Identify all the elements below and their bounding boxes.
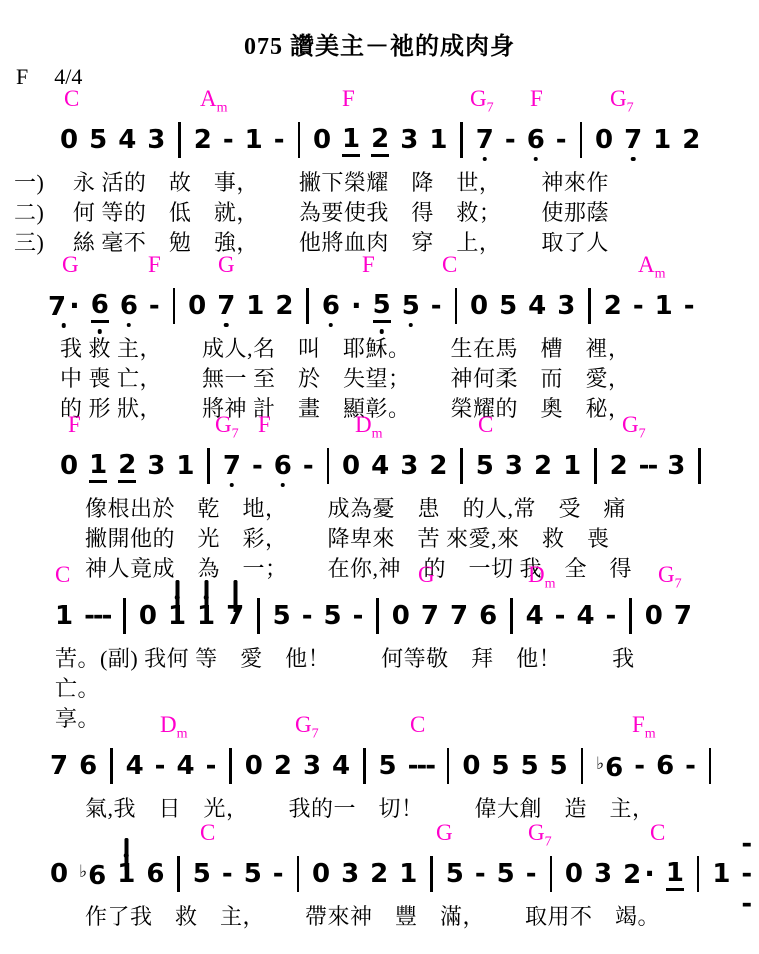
note-glyph: 7 bbox=[624, 125, 642, 155]
note-glyph: 7· bbox=[48, 291, 80, 322]
note: 4 bbox=[118, 125, 136, 155]
note-glyph: 1 bbox=[55, 601, 73, 631]
chord-label: C bbox=[650, 820, 665, 846]
note: 5 bbox=[193, 859, 211, 889]
note: 0 bbox=[188, 291, 206, 321]
note-glyph: 0 bbox=[565, 859, 583, 889]
note: 6 bbox=[274, 451, 292, 481]
dash: - bbox=[155, 751, 166, 781]
note: 0 bbox=[342, 451, 360, 481]
dash: - bbox=[303, 451, 314, 481]
lyrics-row: 中 喪 亡， 無一 至 於 失望； 神何柔 而 愛， bbox=[60, 364, 759, 394]
note-glyph: 1 bbox=[655, 291, 673, 321]
note-glyph: 3 bbox=[341, 859, 359, 889]
note-glyph: 5 bbox=[491, 751, 509, 781]
note-glyph: 7 bbox=[217, 291, 235, 321]
barline bbox=[460, 448, 462, 484]
note-glyph: 0 bbox=[470, 291, 488, 321]
notes-row: 05432-1-012317-6-0712 bbox=[0, 116, 759, 164]
barline bbox=[460, 122, 462, 158]
dash: - bbox=[684, 291, 695, 321]
chord-row: GFGFCAm bbox=[0, 252, 759, 282]
music-system: GFGFCAm7·66-07126·55-05432-1-我 救 主， 成人,名… bbox=[0, 252, 759, 424]
note-glyph: 0 bbox=[245, 751, 263, 781]
note-glyph: 0 bbox=[595, 125, 613, 155]
duration-dot: · bbox=[644, 857, 655, 890]
barline bbox=[229, 748, 231, 784]
barline bbox=[298, 122, 300, 158]
note: 7 bbox=[450, 601, 468, 631]
note: 7 bbox=[217, 291, 235, 321]
chord-label: G bbox=[62, 252, 79, 278]
note: 0 bbox=[50, 859, 68, 889]
note: 5 bbox=[521, 751, 539, 781]
note-glyph: 2 bbox=[610, 451, 628, 481]
dash: -- bbox=[639, 451, 657, 481]
note-glyph: 1 bbox=[653, 125, 671, 155]
note-glyph: 5 bbox=[499, 291, 517, 321]
chord-label: G7 bbox=[658, 562, 682, 588]
chord-label: G7 bbox=[215, 412, 239, 438]
note-glyph: 3 bbox=[400, 125, 418, 155]
low-octave-dot bbox=[230, 483, 235, 488]
note: 4 bbox=[576, 601, 594, 631]
dash: - bbox=[431, 291, 442, 321]
music-systems: CAmFG7FG705432-1-012317-6-0712一) 永 活的 故 … bbox=[0, 0, 759, 954]
note-glyph: 4 bbox=[576, 601, 594, 631]
note: 1 bbox=[399, 859, 417, 889]
note-glyph: 2 bbox=[194, 125, 212, 155]
note: 0 bbox=[645, 601, 663, 631]
note-glyph: 6 bbox=[322, 291, 340, 321]
note-glyph: 2 bbox=[274, 751, 292, 781]
note-glyph: 6 bbox=[656, 751, 674, 781]
note: 2· bbox=[623, 859, 655, 890]
note: 2 bbox=[118, 450, 136, 483]
dash: - bbox=[685, 751, 696, 781]
barline bbox=[327, 448, 329, 484]
note-glyph: 0 bbox=[645, 601, 663, 631]
note: 4 bbox=[332, 751, 350, 781]
duration-dot: · bbox=[69, 289, 80, 322]
low-octave-dot bbox=[62, 323, 67, 328]
note: 5 bbox=[379, 751, 397, 781]
note-glyph: 4 bbox=[528, 291, 546, 321]
note: 4 bbox=[526, 601, 544, 631]
note: 7 bbox=[50, 751, 68, 781]
note: 2 bbox=[429, 451, 447, 481]
note: 5 bbox=[476, 451, 494, 481]
note-glyph: 0 bbox=[462, 751, 480, 781]
note: 0 bbox=[565, 859, 583, 889]
notes-row: 0♭6165-5-03215-5-032·11--- bbox=[0, 850, 759, 898]
note-glyph: 4 bbox=[118, 125, 136, 155]
note-glyph: 1 bbox=[563, 451, 581, 481]
note-glyph: 0 bbox=[313, 125, 331, 155]
note-glyph: 1 bbox=[666, 858, 684, 891]
dash: - bbox=[274, 125, 285, 155]
note: 7 bbox=[624, 125, 642, 155]
low-octave-dot bbox=[631, 157, 636, 162]
note: 6 bbox=[146, 859, 164, 889]
music-system: CGDmG71---01175-5-07764-4-07苦。(副) 我何 等 愛… bbox=[0, 562, 759, 734]
note-glyph: 7 bbox=[674, 601, 692, 631]
chord-label: C bbox=[478, 412, 493, 438]
note-glyph: 5 bbox=[497, 859, 515, 889]
lyrics-row: 作了我 救 主， 帶來神 豐 滿， 取用不 竭。 bbox=[85, 902, 759, 932]
note: 5 bbox=[324, 601, 342, 631]
barline bbox=[297, 856, 299, 892]
note-glyph: 1 bbox=[245, 125, 263, 155]
chord-label: Dm bbox=[160, 712, 188, 738]
lyrics-block: 作了我 救 主， 帶來神 豐 滿， 取用不 竭。 bbox=[0, 902, 759, 932]
dash: - bbox=[555, 601, 566, 631]
chord-label: G7 bbox=[295, 712, 319, 738]
note: 5 bbox=[373, 290, 391, 323]
note: 2 bbox=[534, 451, 552, 481]
note: 1 bbox=[666, 858, 684, 891]
note: 2 bbox=[371, 124, 389, 157]
note: 2 bbox=[274, 751, 292, 781]
note: 7 bbox=[674, 601, 692, 631]
note: 3 bbox=[147, 451, 165, 481]
note-glyph: 0 bbox=[188, 291, 206, 321]
barline bbox=[178, 122, 180, 158]
note-glyph: 6 bbox=[146, 859, 164, 889]
barline bbox=[455, 288, 457, 324]
note: 7· bbox=[48, 291, 80, 322]
note: 2 bbox=[194, 125, 212, 155]
dash: --- bbox=[408, 751, 434, 781]
note: 6 bbox=[79, 751, 97, 781]
note: ♭6 bbox=[79, 857, 106, 891]
chord-row: FG7FDmCG7 bbox=[0, 412, 759, 442]
note: 5 bbox=[550, 751, 568, 781]
note-glyph: 1 bbox=[712, 859, 730, 889]
note-glyph: 7 bbox=[450, 601, 468, 631]
barline bbox=[594, 448, 596, 484]
note: 1 bbox=[712, 859, 730, 889]
note-glyph: 0 bbox=[60, 451, 78, 481]
note-glyph: 5 bbox=[273, 601, 291, 631]
fermata-icon bbox=[118, 840, 135, 850]
note-glyph: 3 bbox=[147, 451, 165, 481]
note-glyph: 5 bbox=[324, 601, 342, 631]
note-glyph: 4 bbox=[371, 451, 389, 481]
note: 1 bbox=[246, 291, 264, 321]
chord-label: Dm bbox=[355, 412, 383, 438]
note: 0 bbox=[60, 451, 78, 481]
note-glyph: ♭6 bbox=[79, 857, 106, 891]
note: 2 bbox=[610, 451, 628, 481]
note-glyph: 5 bbox=[550, 751, 568, 781]
note-glyph: 5 bbox=[379, 751, 397, 781]
note: 3 bbox=[505, 451, 523, 481]
note: 6 bbox=[322, 291, 340, 321]
note-glyph: 3 bbox=[594, 859, 612, 889]
note-glyph: 4 bbox=[176, 751, 194, 781]
dash: - bbox=[634, 751, 645, 781]
note-glyph: 3 bbox=[147, 125, 165, 155]
note-glyph: 5 bbox=[521, 751, 539, 781]
dash: - bbox=[526, 859, 537, 889]
lyrics-row: 亡。 bbox=[55, 674, 759, 704]
lyrics-row: 二) 何 等的 低 就， 為要使我 得 救； 使那蔭 bbox=[14, 198, 759, 228]
chord-row: DmG7CFm bbox=[0, 712, 759, 742]
low-octave-dot bbox=[533, 157, 538, 162]
chord-label: G7 bbox=[622, 412, 646, 438]
note: 0 bbox=[60, 125, 78, 155]
chord-label: C bbox=[200, 820, 215, 846]
note-glyph: 7 bbox=[223, 451, 241, 481]
chord-label: G7 bbox=[610, 86, 634, 112]
note: 3 bbox=[557, 291, 575, 321]
note-glyph: 5 bbox=[193, 859, 211, 889]
fermata-icon bbox=[227, 582, 244, 592]
notes-row: 012317-6-043253212--3 bbox=[0, 442, 759, 490]
chord-label: C bbox=[55, 562, 70, 588]
notes-row: 7·66-07126·55-05432-1- bbox=[0, 282, 759, 330]
note-glyph: ♭6 bbox=[596, 749, 623, 783]
note-glyph: 0 bbox=[50, 859, 68, 889]
note: 5 bbox=[491, 751, 509, 781]
chord-label: F bbox=[530, 86, 543, 112]
dash: - bbox=[353, 601, 364, 631]
note-glyph: 7 bbox=[421, 601, 439, 631]
note: 1 bbox=[89, 450, 107, 483]
note: 0 bbox=[462, 751, 480, 781]
dash: - bbox=[252, 451, 263, 481]
note-glyph: 1 bbox=[429, 125, 447, 155]
music-system: DmG7CFm764-4-02345---0555♭6-6-氣,我 日 光， 我… bbox=[0, 712, 759, 824]
notes-row: 1---01175-5-07764-4-07 bbox=[0, 592, 759, 640]
note-glyph: 2 bbox=[534, 451, 552, 481]
note-glyph: 5 bbox=[446, 859, 464, 889]
chord-label: F bbox=[362, 252, 375, 278]
note-glyph: 1 bbox=[176, 451, 194, 481]
barline bbox=[588, 288, 590, 324]
barline bbox=[376, 598, 378, 634]
note-glyph: 2 bbox=[429, 451, 447, 481]
note: 5 bbox=[244, 859, 262, 889]
note: 3 bbox=[303, 751, 321, 781]
dash: - bbox=[222, 859, 233, 889]
note-glyph: 1 bbox=[399, 859, 417, 889]
note: 5 bbox=[402, 291, 420, 321]
lyrics-row: 撇開他的 光 彩， 降卑來 苦 來愛,來 救 喪 bbox=[85, 524, 759, 554]
note: 1 bbox=[429, 125, 447, 155]
barline bbox=[697, 856, 699, 892]
note: 0 bbox=[470, 291, 488, 321]
low-octave-dot bbox=[483, 157, 488, 162]
note-glyph: 5 bbox=[373, 290, 391, 323]
note: 5 bbox=[273, 601, 291, 631]
note: 3 bbox=[400, 125, 418, 155]
note-glyph: 2· bbox=[623, 859, 655, 890]
note-glyph: 3 bbox=[557, 291, 575, 321]
note: 0 bbox=[139, 601, 157, 631]
chord-label: Am bbox=[638, 252, 666, 278]
note: 2 bbox=[682, 125, 700, 155]
note: 1 bbox=[117, 859, 135, 889]
note: 4 bbox=[528, 291, 546, 321]
note-glyph: 2 bbox=[682, 125, 700, 155]
barline bbox=[257, 598, 259, 634]
note: 6 bbox=[656, 751, 674, 781]
note: 2 bbox=[604, 291, 622, 321]
note: 0 bbox=[595, 125, 613, 155]
note: 1 bbox=[197, 601, 215, 631]
note: 1 bbox=[563, 451, 581, 481]
note-glyph: 1 bbox=[246, 291, 264, 321]
chord-label: Am bbox=[200, 86, 228, 112]
note: 2 bbox=[275, 291, 293, 321]
chord-row: CGDmG7 bbox=[0, 562, 759, 592]
flat-icon: ♭ bbox=[596, 754, 604, 774]
dash: - bbox=[505, 125, 516, 155]
low-octave-dot bbox=[127, 323, 132, 328]
note: 5 bbox=[499, 291, 517, 321]
note: 5 bbox=[89, 125, 107, 155]
note-glyph: 2 bbox=[275, 291, 293, 321]
note: 1 bbox=[176, 451, 194, 481]
note-glyph: 3 bbox=[667, 451, 685, 481]
dash: --- bbox=[84, 601, 110, 631]
dash: - bbox=[475, 859, 486, 889]
low-octave-dot bbox=[409, 323, 414, 328]
sheet-music-page: 075 讚美主－祂的成肉身 F4/4 CAmFG7FG705432-1-0123… bbox=[0, 0, 759, 954]
note: 7 bbox=[421, 601, 439, 631]
note: 1 bbox=[55, 601, 73, 631]
note: 0 bbox=[312, 859, 330, 889]
note: 3 bbox=[147, 125, 165, 155]
chord-label: F bbox=[68, 412, 81, 438]
low-octave-dot bbox=[224, 323, 229, 328]
chord-label: G bbox=[436, 820, 453, 846]
lyrics-row: 我 救 主， 成人,名 叫 耶穌。 生在馬 槽 裡， bbox=[60, 334, 759, 364]
note-glyph: 4 bbox=[526, 601, 544, 631]
dash: - bbox=[302, 601, 313, 631]
note: ♭6 bbox=[596, 749, 623, 783]
music-system: CGG7C0♭6165-5-03215-5-032·11---作了我 救 主， … bbox=[0, 820, 759, 932]
barline bbox=[306, 288, 308, 324]
note: 1 bbox=[168, 601, 186, 631]
low-octave-dot bbox=[379, 329, 384, 334]
note-glyph: 2 bbox=[370, 859, 388, 889]
lyrics-row: 一) 永 活的 故 事， 撇下榮耀 降 世， 神來作 bbox=[14, 168, 759, 198]
barline bbox=[173, 288, 175, 324]
barline bbox=[363, 748, 365, 784]
note-glyph: 2 bbox=[118, 450, 136, 483]
note: 4 bbox=[176, 751, 194, 781]
flat-icon: ♭ bbox=[79, 862, 87, 882]
chord-label: F bbox=[148, 252, 161, 278]
chord-label: G bbox=[218, 252, 235, 278]
barline bbox=[550, 856, 552, 892]
note: 0 bbox=[313, 125, 331, 155]
barline bbox=[110, 748, 112, 784]
note: 7 bbox=[476, 125, 494, 155]
note-glyph: 1 bbox=[89, 450, 107, 483]
barline bbox=[629, 598, 631, 634]
notes-row: 764-4-02345---0555♭6-6- bbox=[0, 742, 759, 790]
dash: - bbox=[149, 291, 160, 321]
fermata-icon bbox=[169, 582, 186, 592]
note: 1 bbox=[245, 125, 263, 155]
note-glyph: 5 bbox=[89, 125, 107, 155]
chord-label: F bbox=[342, 86, 355, 112]
note: 2 bbox=[370, 859, 388, 889]
note-glyph: 4 bbox=[332, 751, 350, 781]
dash: - bbox=[556, 125, 567, 155]
chord-label: C bbox=[410, 712, 425, 738]
fermata-icon bbox=[198, 582, 215, 592]
duration-dot: · bbox=[351, 291, 362, 321]
chord-label: C bbox=[64, 86, 79, 112]
chord-label: G7 bbox=[470, 86, 494, 112]
note-glyph: 0 bbox=[392, 601, 410, 631]
note: 6 bbox=[479, 601, 497, 631]
note-glyph: 6 bbox=[527, 125, 545, 155]
chord-label: F bbox=[258, 412, 271, 438]
dash: - bbox=[606, 601, 617, 631]
barline bbox=[580, 122, 582, 158]
note: 3 bbox=[400, 451, 418, 481]
note: 6 bbox=[91, 290, 109, 323]
note-glyph: 5 bbox=[476, 451, 494, 481]
chord-row: CAmFG7FG7 bbox=[0, 86, 759, 116]
note: 0 bbox=[392, 601, 410, 631]
note-glyph: 2 bbox=[371, 124, 389, 157]
note-glyph: 6 bbox=[91, 290, 109, 323]
note-glyph: 2 bbox=[604, 291, 622, 321]
chord-row: CGG7C bbox=[0, 820, 759, 850]
note-glyph: 0 bbox=[139, 601, 157, 631]
note-glyph: 0 bbox=[312, 859, 330, 889]
chord-label: Fm bbox=[632, 712, 656, 738]
note-glyph: 3 bbox=[505, 451, 523, 481]
note-glyph: 0 bbox=[60, 125, 78, 155]
note: 1 bbox=[653, 125, 671, 155]
note-glyph: 1 bbox=[342, 124, 360, 157]
low-octave-dot bbox=[98, 329, 103, 334]
lyrics-block: 我 救 主， 成人,名 叫 耶穌。 生在馬 槽 裡，中 喪 亡， 無一 至 於 … bbox=[0, 334, 759, 424]
note: 3 bbox=[341, 859, 359, 889]
chord-label: C bbox=[442, 252, 457, 278]
music-system: CAmFG7FG705432-1-012317-6-0712一) 永 活的 故 … bbox=[0, 86, 759, 258]
dash: - bbox=[223, 125, 234, 155]
note: 3 bbox=[667, 451, 685, 481]
note: 3 bbox=[594, 859, 612, 889]
note: 7 bbox=[226, 601, 244, 631]
barline bbox=[510, 598, 512, 634]
chord-label: G bbox=[418, 562, 435, 588]
barline bbox=[698, 448, 700, 484]
note: 6 bbox=[527, 125, 545, 155]
barline bbox=[581, 748, 583, 784]
note-glyph: 6 bbox=[79, 751, 97, 781]
note: 0 bbox=[245, 751, 263, 781]
dash: - bbox=[206, 751, 217, 781]
barline bbox=[123, 598, 125, 634]
note: 5 bbox=[497, 859, 515, 889]
note: 6 bbox=[120, 291, 138, 321]
lyrics-row: 像根出於 乾 地， 成為憂 患 的人,常 受 痛 bbox=[85, 494, 759, 524]
note-glyph: 7 bbox=[476, 125, 494, 155]
chord-label: Dm bbox=[528, 562, 556, 588]
note-glyph: 5 bbox=[244, 859, 262, 889]
barline bbox=[447, 748, 449, 784]
